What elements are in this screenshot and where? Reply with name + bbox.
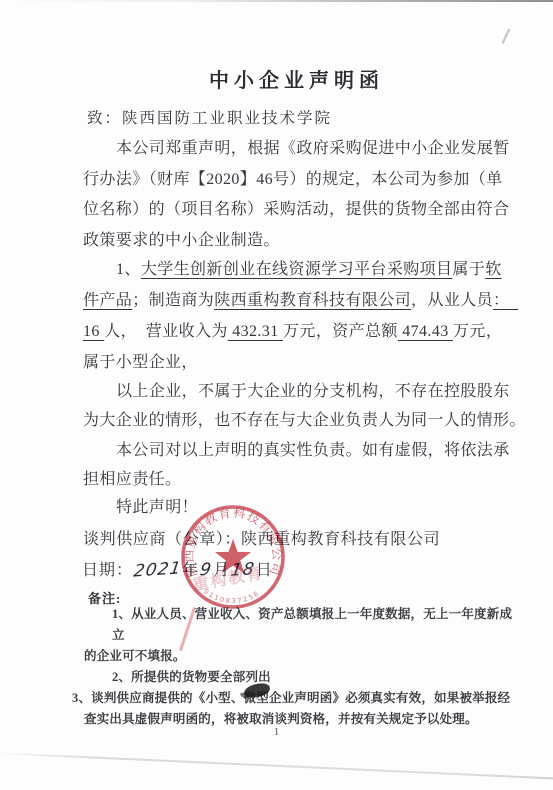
text-segment: ；制造商为 [132,292,214,309]
text-line: 为大企业的情形，也不存在与大企业负责人为同一人的情形。 [83,406,493,435]
text-line: 3、谈判供应商提供的《小型、微型企业声明函》必须真实有效，如果被举报经 [72,688,524,709]
enterprise-status-paragraph: 以上企业，不属于大企业的分支机构，不存在控股股东为大企业的情形，也不存在与大企业… [83,377,493,435]
text-segment: 万元，资产总额 [283,323,398,340]
paper-crease [0,752,553,780]
notes-section: 1、从业人员、营业收入、资产总额填报上一年度数据，无上一年度新成立的企业可不填报… [84,604,524,730]
page-title: 中小企业声明函 [40,64,553,93]
date-label: 日期： [82,562,133,579]
text-line: 件产品；制造商为陕西重构教育科技有限公司，从业人员： [83,285,493,316]
text-segment: 属于 [452,261,485,278]
text-line: 的企业可不填报。 [84,646,524,667]
text-segment: ，从业人员 [411,292,493,309]
underlined-text: 474.43 [398,323,453,340]
text-line: 位名称）的（项目名称）采购活动，提供的货物全部由符合 [83,195,493,226]
underlined-text: 软 [485,261,501,278]
text-line: 政策要求的中小企业制造。 [83,226,493,257]
underlined-text: 件产品 [83,292,132,309]
text-line: 1、大学生创新创业在线资源学习平台采购项目属于软 [83,254,493,285]
text-line: 16 人， 营业收入为 432.31 万元，资产总额 474.43 万元， [83,316,493,347]
underlined-text: 432.31 [228,323,283,340]
declaration-paragraph: 本公司郑重声明，根据《政府采购促进中小企业发展暂行办法》（财库【2020】46号… [83,134,493,256]
scan-top-edge [0,0,553,2]
recipient-name: 陕西国防工业职业技术学院 [122,110,332,127]
underlined-text: 大学生创新创业在线资源学习平台采购项目 [141,261,453,278]
text-line: 1、从业人员、营业收入、资产总额填报上一年度数据，无上一年度新成立 [112,604,524,646]
item-1-paragraph: 1、大学生创新创业在线资源学习平台采购项目属于软件产品；制造商为陕西重构教育科技… [83,254,493,378]
text-segment: 1、 [116,261,141,278]
text-line: 本公司郑重声明，根据《政府采购促进中小企业发展暂 [83,134,493,165]
recipient-line: 致：陕西国防工业职业技术学院 [87,106,332,128]
scanned-declaration-page: 中小企业声明函 致：陕西国防工业职业技术学院 本公司郑重声明，根据《政府采购促进… [0,0,553,790]
pen-mark [502,28,510,43]
text-line: 以上企业，不属于大企业的分支机构，不存在控股股东 [83,377,493,406]
text-segment: 万元， [453,323,502,340]
underlined-text: 陕西重构教育科技有限公司 [214,292,411,309]
text-line: 行办法》（财库【2020】46号）的规定，本公司为参加（单 [83,165,493,196]
text-line: 本公司对以上声明的真实性负责。如有虚假，将依法承 [83,436,493,465]
underlined-text: ： [493,292,518,309]
underlined-text: 16 [83,323,104,340]
recipient-label: 致： [87,110,122,127]
responsibility-paragraph: 本公司对以上声明的真实性负责。如有虚假，将依法承担相应责任。 [83,436,493,494]
text-segment: 人， 营业收入为 [104,323,228,340]
text-line: 属于小型企业， [83,347,493,378]
text-segment: 属于小型企业， [83,354,198,371]
page-number: 1 [0,726,553,738]
text-line: 2、所提供的货物要全部列出 [112,667,524,688]
text-line: 担相应责任。 [83,465,493,494]
